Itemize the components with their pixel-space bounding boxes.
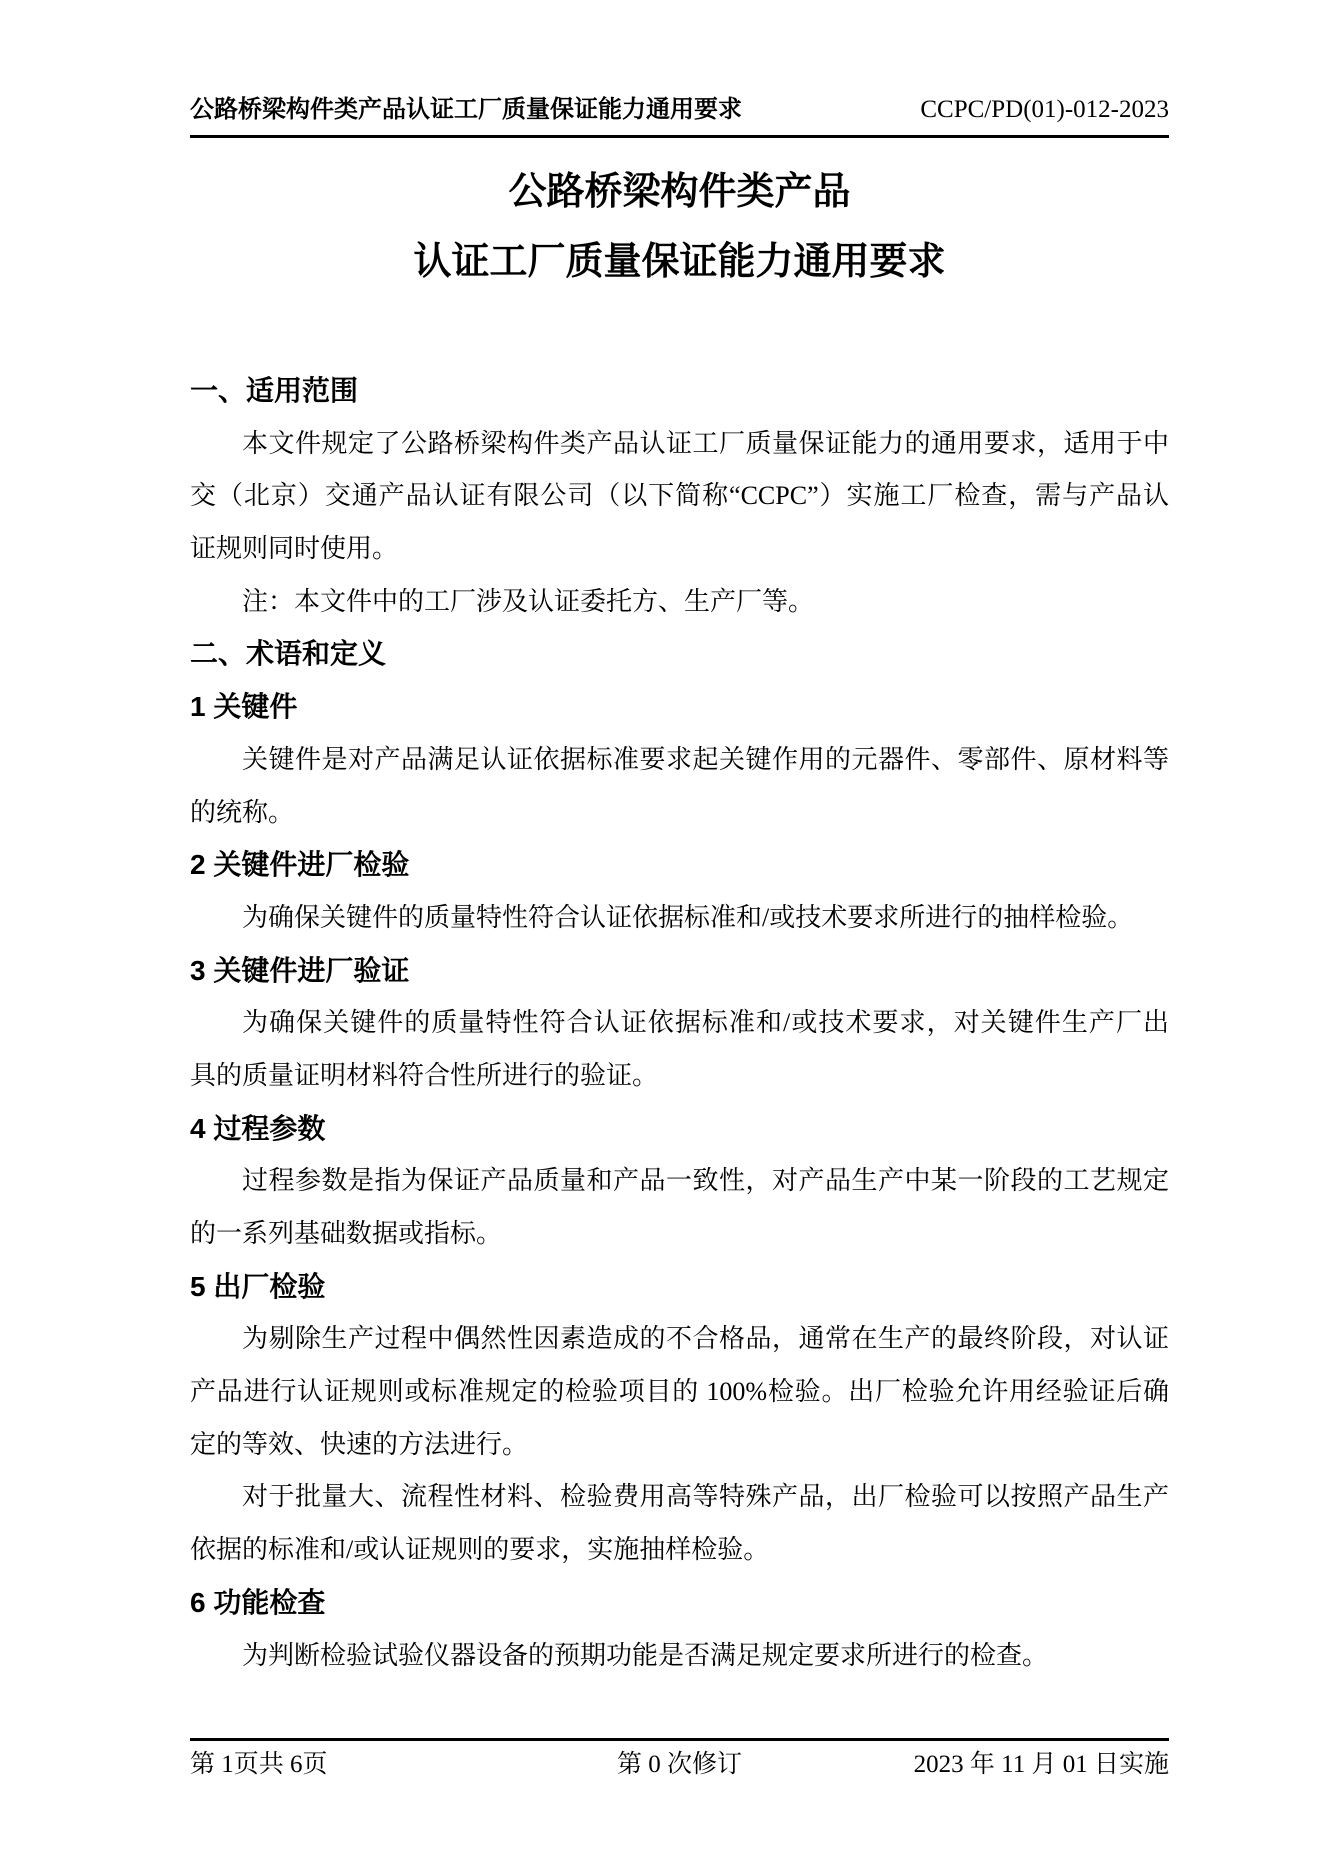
body-line: 为剔除生产过程中偶然性因素造成的不合格品，通常在生产的最终阶段，对认证 <box>190 1313 1169 1366</box>
header-rule <box>190 135 1169 138</box>
body-line: 依据的标准和/或认证规则的要求，实施抽样检验。 <box>190 1524 1169 1577</box>
body-line: 为确保关键件的质量特性符合认证依据标准和/或技术要求，对关键件生产厂出 <box>190 997 1169 1050</box>
page-footer: 第 1页共 6页 第 0 次修订 2023 年 11 月 01 日实施 <box>190 1750 1169 1780</box>
body-line: 交（北京）交通产品认证有限公司（以下简称“CCPC”）实施工厂检查，需与产品认 <box>190 470 1169 523</box>
document-title: 公路桥梁构件类产品 认证工厂质量保证能力通用要求 <box>190 157 1169 297</box>
footer-effective-date: 2023 年 11 月 01 日实施 <box>843 1750 1169 1780</box>
body-line: 为确保关键件的质量特性符合认证依据标准和/或技术要求所进行的抽样检验。 <box>190 892 1169 945</box>
term-heading: 2 关键件进厂检验 <box>190 839 1169 892</box>
footer-page-number: 第 1页共 6页 <box>190 1750 516 1780</box>
term-heading: 5 出厂检验 <box>190 1261 1169 1314</box>
term-heading: 3 关键件进厂验证 <box>190 945 1169 998</box>
document-page: 公路桥梁构件类产品认证工厂质量保证能力通用要求 CCPC/PD(01)-012-… <box>0 0 1323 1871</box>
section-heading: 一、适用范围 <box>190 365 1169 418</box>
section-heading: 二、术语和定义 <box>190 628 1169 681</box>
body-line: 过程参数是指为保证产品质量和产品一致性，对产品生产中某一阶段的工艺规定 <box>190 1155 1169 1208</box>
term-heading: 4 过程参数 <box>190 1103 1169 1156</box>
body-line: 证规则同时使用。 <box>190 523 1169 576</box>
document-title-line2: 认证工厂质量保证能力通用要求 <box>190 227 1169 297</box>
page-header: 公路桥梁构件类产品认证工厂质量保证能力通用要求 CCPC/PD(01)-012-… <box>190 94 1169 126</box>
body-line: 具的质量证明材料符合性所进行的验证。 <box>190 1050 1169 1103</box>
body-line: 的统称。 <box>190 787 1169 840</box>
term-heading: 1 关键件 <box>190 681 1169 734</box>
body-line: 定的等效、快速的方法进行。 <box>190 1419 1169 1472</box>
body-line: 的一系列基础数据或指标。 <box>190 1208 1169 1261</box>
header-doc-title: 公路桥梁构件类产品认证工厂质量保证能力通用要求 <box>190 94 742 126</box>
body-line: 产品进行认证规则或标准规定的检验项目的 100%检验。出厂检验允许用经验证后确 <box>190 1366 1169 1419</box>
body-line: 本文件规定了公路桥梁构件类产品认证工厂质量保证能力的通用要求，适用于中 <box>190 418 1169 471</box>
document-body: 一、适用范围本文件规定了公路桥梁构件类产品认证工厂质量保证能力的通用要求，适用于… <box>190 365 1169 1682</box>
body-line: 注：本文件中的工厂涉及认证委托方、生产厂等。 <box>190 576 1169 629</box>
footer-revision: 第 0 次修订 <box>516 1750 842 1780</box>
body-line: 为判断检验试验仪器设备的预期功能是否满足规定要求所进行的检查。 <box>190 1630 1169 1683</box>
body-line: 对于批量大、流程性材料、检验费用高等特殊产品，出厂检验可以按照产品生产 <box>190 1471 1169 1524</box>
header-doc-number: CCPC/PD(01)-012-2023 <box>920 94 1169 126</box>
document-title-line1: 公路桥梁构件类产品 <box>190 157 1169 227</box>
term-heading: 6 功能检查 <box>190 1577 1169 1630</box>
footer-rule <box>190 1738 1169 1741</box>
body-line: 关键件是对产品满足认证依据标准要求起关键作用的元器件、零部件、原材料等 <box>190 734 1169 787</box>
